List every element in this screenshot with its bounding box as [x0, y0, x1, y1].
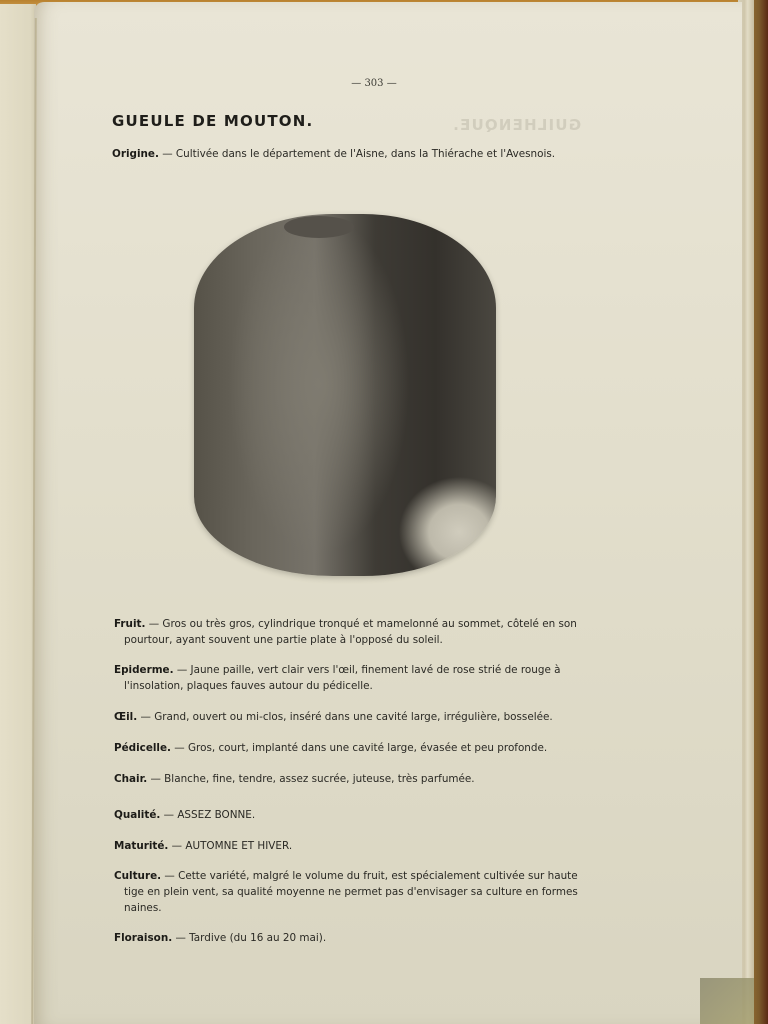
entry-text: — Blanche, fine, tendre, assez sucrée, j…: [147, 773, 474, 785]
page-title: GUEULE DE MOUTON.: [112, 112, 313, 130]
page-number: — 303 —: [324, 78, 424, 89]
left-page-edge: [0, 4, 36, 1024]
entry-oeil: Œil. — Grand, ouvert ou mi-clos, inséré …: [114, 709, 604, 725]
entry-text: — Gros ou très gros, cylindrique tronqué…: [124, 618, 577, 646]
entry-label: Origine.: [112, 148, 159, 160]
entry-text: — Cette variété, malgré le volume du fru…: [124, 870, 578, 914]
entry-text: — ASSEZ BONNE.: [160, 809, 255, 821]
entry-maturite: Maturité. — AUTOMNE ET HIVER.: [114, 838, 598, 854]
entry-chair: Chair. — Blanche, fine, tendre, assez su…: [114, 771, 598, 787]
corner-thumbnail-overlay: [700, 978, 754, 1024]
entry-label: Chair.: [114, 773, 147, 785]
entry-label: Culture.: [114, 870, 161, 882]
entry-label: Œil.: [114, 711, 137, 723]
entry-text: — Tardive (du 16 au 20 mai).: [172, 932, 326, 944]
entry-text: — AUTOMNE ET HIVER.: [168, 840, 292, 852]
entry-label: Floraison.: [114, 932, 172, 944]
entry-floraison: Floraison. — Tardive (du 16 au 20 mai).: [114, 930, 598, 946]
bleed-through-title: GUILHENQUE.: [452, 116, 581, 134]
entry-culture: Culture. — Cette variété, malgré le volu…: [114, 868, 598, 916]
entry-pedicelle: Pédicelle. — Gros, court, implanté dans …: [114, 740, 604, 756]
entry-origine: Origine. — Cultivée dans le département …: [112, 146, 596, 162]
entry-epiderme: Epiderme. — Jaune paille, vert clair ver…: [114, 662, 598, 694]
entry-label: Epiderme.: [114, 664, 174, 676]
entry-label: Pédicelle.: [114, 742, 171, 754]
book-page: — 303 — GUEULE DE MOUTON. GUILHENQUE. Or…: [34, 2, 742, 1024]
entry-label: Maturité.: [114, 840, 168, 852]
entry-fruit: Fruit. — Gros ou très gros, cylindrique …: [114, 616, 598, 648]
entry-text: — Gros, court, implanté dans une cavité …: [171, 742, 547, 754]
entry-label: Qualité.: [114, 809, 160, 821]
entry-text: — Grand, ouvert ou mi-clos, inséré dans …: [137, 711, 553, 723]
entry-qualite: Qualité. — ASSEZ BONNE.: [114, 807, 598, 823]
entry-text: — Jaune paille, vert clair vers l'œil, f…: [124, 664, 561, 692]
entry-text: — Cultivée dans le département de l'Aisn…: [159, 148, 555, 160]
fruit-stem-cavity: [284, 216, 354, 238]
entry-label: Fruit.: [114, 618, 145, 630]
fruit-photo-icon: [194, 214, 496, 576]
